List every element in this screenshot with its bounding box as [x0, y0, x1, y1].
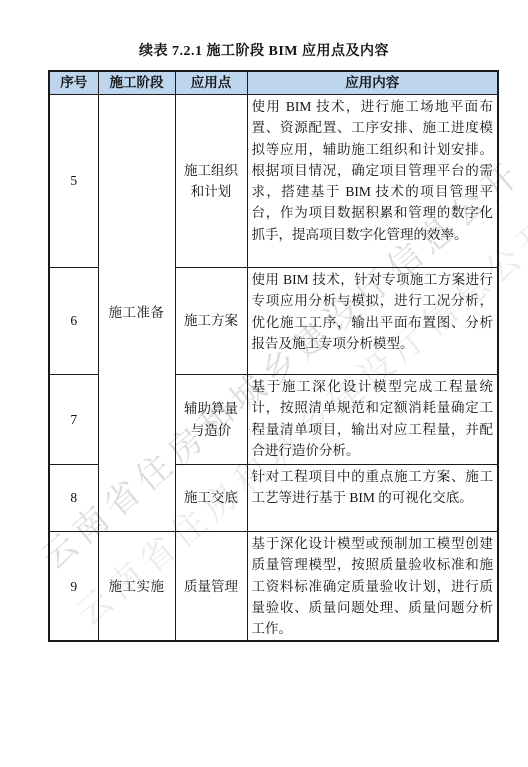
row5-serial: 5	[49, 95, 98, 268]
row7-serial: 7	[49, 375, 98, 465]
table-row: 5 施工准备 施工组织和计划 使用 BIM 技术，进行施工场地平面布置、资源配置…	[49, 95, 498, 268]
row7-application-content: 基于施工深化设计模型完成工程量统计，按照清单规范和定额消耗量确定工程量清单项目，…	[247, 375, 498, 465]
row5-application-point: 施工组织和计划	[175, 95, 247, 268]
table-caption: 续表 7.2.1 施工阶段 BIM 应用点及内容	[0, 40, 528, 60]
header-construction-phase: 施工阶段	[98, 71, 175, 95]
row8-application-point: 施工交底	[175, 465, 247, 532]
row6-application-point: 施工方案	[175, 268, 247, 375]
row9-application-content: 基于深化设计模型或预制加工模型创建质量管理模型，按照质量验收标准和施工资料标准确…	[247, 532, 498, 642]
table-header-row: 序号 施工阶段 应用点 应用内容	[49, 71, 498, 95]
row5-application-content: 使用 BIM 技术，进行施工场地平面布置、资源配置、工序安排、施工进度模拟等应用…	[247, 95, 498, 268]
header-application-point: 应用点	[175, 71, 247, 95]
bim-application-table: 序号 施工阶段 应用点 应用内容 5 施工准备 施工组织和计划 使用 BIM 技…	[48, 70, 499, 642]
row6-serial: 6	[49, 268, 98, 375]
row6-application-content: 使用 BIM 技术，针对专项施工方案进行专项应用分析与模拟，进行工况分析，优化施…	[247, 268, 498, 375]
header-serial-number: 序号	[49, 71, 98, 95]
stage-cell-implementation: 施工实施	[98, 532, 175, 642]
row7-application-point: 辅助算量与造价	[175, 375, 247, 465]
row9-application-point: 质量管理	[175, 532, 247, 642]
header-application-content: 应用内容	[247, 71, 498, 95]
table-row: 9 施工实施 质量管理 基于深化设计模型或预制加工模型创建质量管理模型，按照质量…	[49, 532, 498, 642]
row8-application-content: 针对工程项目中的重点施工方案、施工工艺等进行基于 BIM 的可视化交底。	[247, 465, 498, 532]
row9-serial: 9	[49, 532, 98, 642]
row8-serial: 8	[49, 465, 98, 532]
stage-cell-preparation: 施工准备	[98, 95, 175, 532]
document-page: 云南省住房和城乡建设厅信息公开 云南省住房和城乡建设厅信息公开 续表 7.2.1…	[0, 0, 528, 767]
